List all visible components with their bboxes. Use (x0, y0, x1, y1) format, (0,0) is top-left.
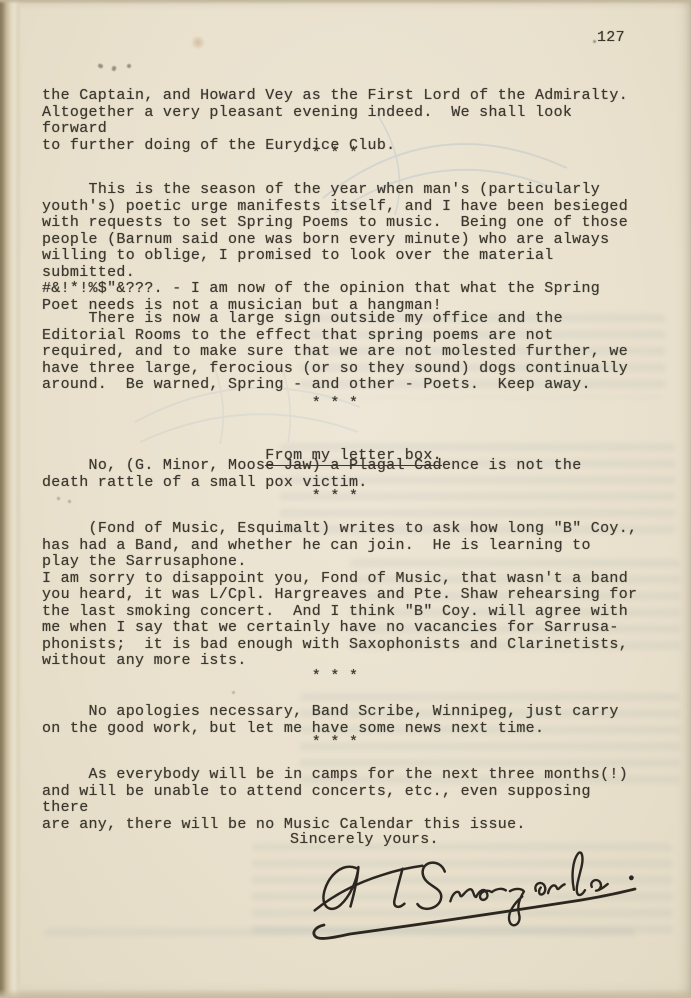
book-binding-edge (0, 0, 22, 998)
stray-mark (593, 40, 596, 43)
asterisk-separator: * * * (42, 489, 628, 506)
paragraph-sarrusaphone: (Fond of Music, Esquimalt) writes to ask… (42, 521, 642, 670)
page-top-edge (0, 0, 691, 4)
paragraph-band-scribe: No apologies necessary, Band Scribe, Win… (42, 704, 642, 737)
paragraph-spring-poems: This is the season of the year when man'… (42, 182, 642, 314)
page-number: 127 (597, 30, 677, 47)
paper-smudge (190, 36, 206, 49)
asterisk-separator: * * * (42, 735, 628, 752)
stray-mark (232, 691, 235, 694)
closing-salutation: Sincerely yours. (290, 832, 590, 849)
scanned-letter-page: 127 the Captain, and Howard Vey as the F… (0, 0, 691, 998)
paragraph-music-calendar: As everybody will be in camps for the ne… (42, 767, 642, 833)
asterisk-separator: * * * (42, 146, 628, 163)
page-bottom-edge (0, 989, 691, 998)
stray-mark (126, 63, 131, 68)
asterisk-separator: * * * (42, 396, 628, 413)
paragraph-plagal-cadence: No, (G. Minor, Moose Jaw) a Plagal Caden… (42, 458, 642, 491)
paragraph-sign-dogs: There is now a large sign outside my off… (42, 311, 642, 394)
asterisk-separator: * * * (42, 669, 628, 686)
handwritten-signature (310, 849, 650, 945)
stray-mark (111, 66, 116, 72)
stray-mark (97, 63, 103, 69)
